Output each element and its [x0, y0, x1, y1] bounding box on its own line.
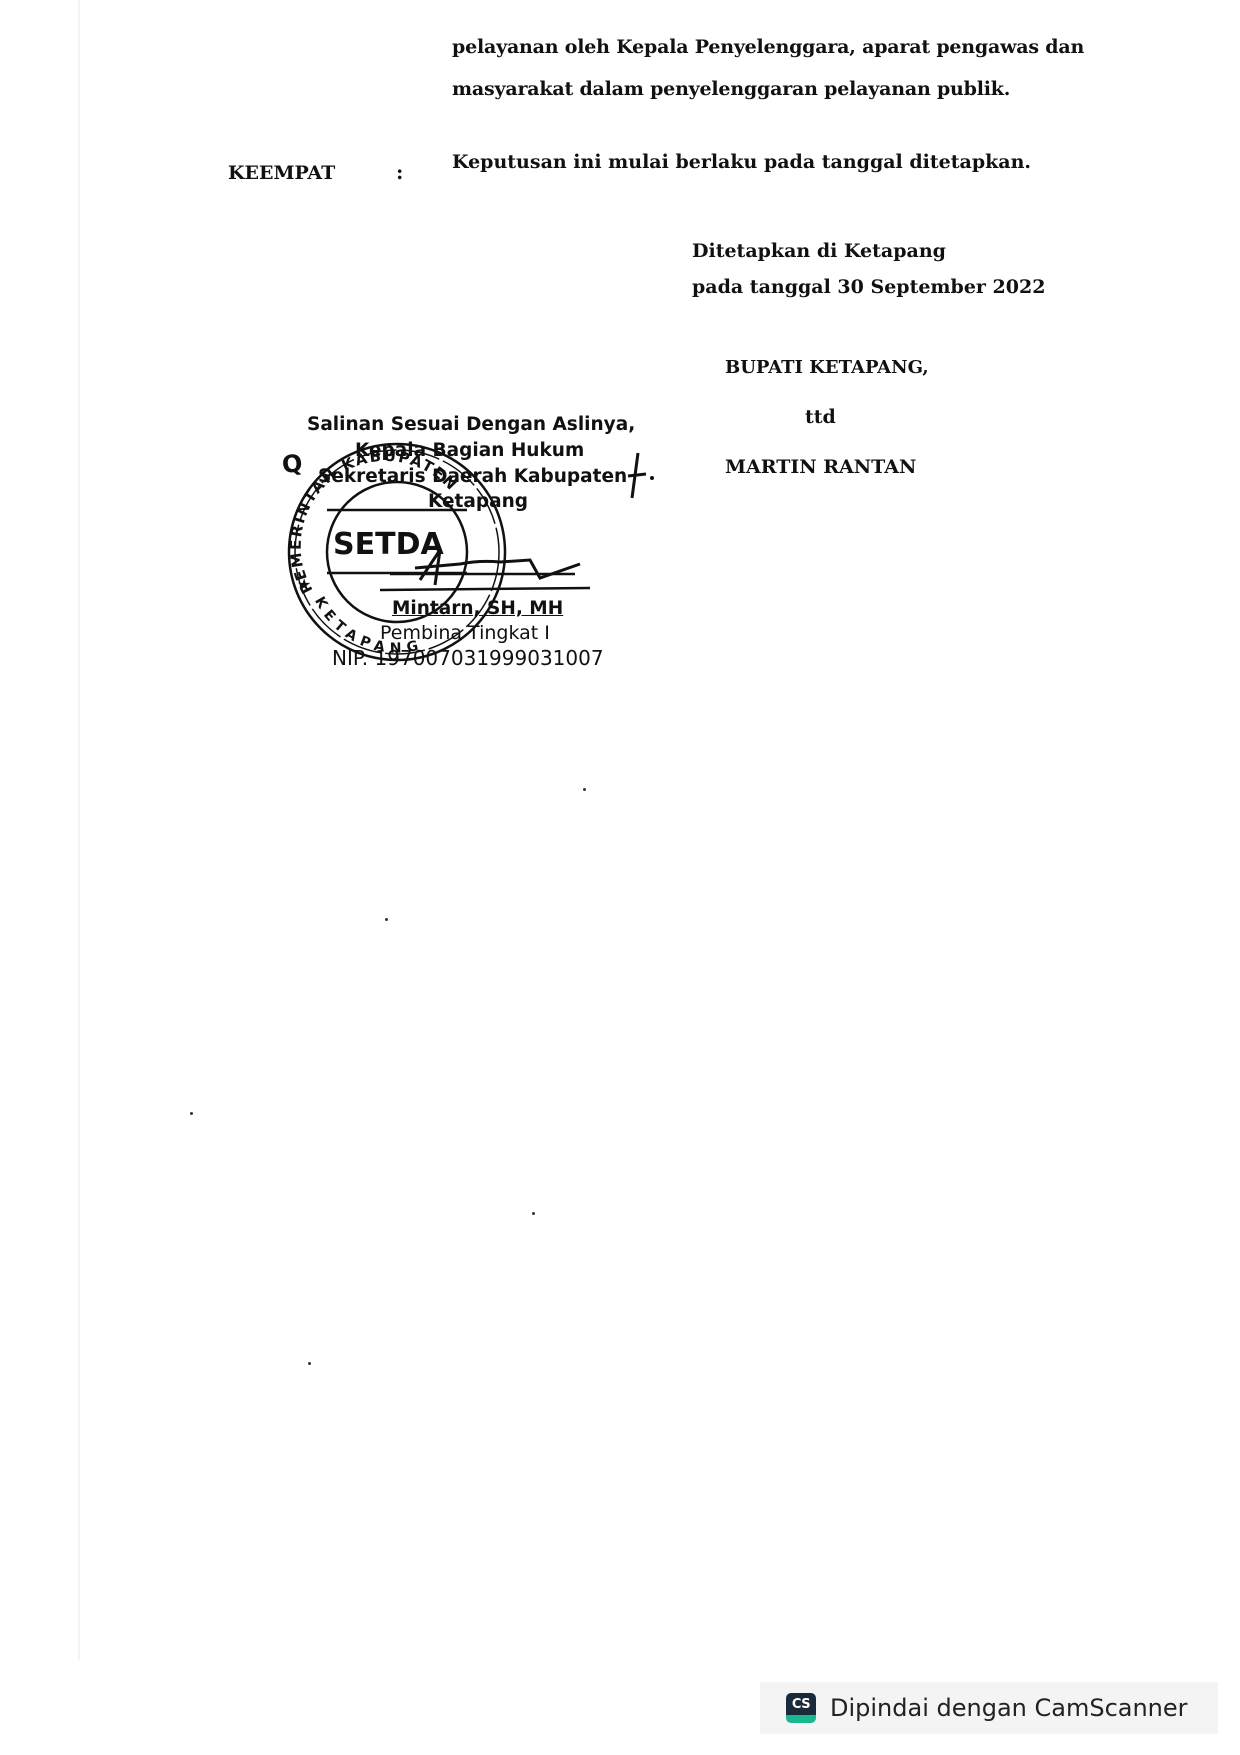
- initial-mark: Q: [280, 449, 304, 480]
- clause-text: Keputusan ini mulai berlaku pada tanggal…: [452, 151, 1031, 173]
- scan-speck: [532, 1212, 535, 1215]
- continuation-line-2: masyarakat dalam penyelenggaran pelayana…: [452, 78, 1010, 100]
- scan-speck: [385, 918, 388, 921]
- certified-copy-name: Mintarn, SH, MH: [392, 598, 563, 619]
- paraf-mark-icon: [618, 448, 658, 508]
- scan-speck: [583, 788, 586, 791]
- camscanner-watermark: CS Dipindai dengan CamScanner: [760, 1682, 1218, 1734]
- clause-separator: :: [396, 160, 403, 184]
- signatory-name: MARTIN RANTAN: [725, 456, 916, 478]
- enactment-place: Ditetapkan di Ketapang: [692, 240, 946, 262]
- svg-text:★: ★: [297, 575, 311, 594]
- certified-copy-city: Ketapang: [428, 491, 528, 512]
- continuation-line-1: pelayanan oleh Kepala Penyelenggara, apa…: [452, 36, 1084, 58]
- scan-speck: [190, 1112, 193, 1115]
- certified-copy-nip: NIP. 197007031999031007: [332, 646, 604, 670]
- scan-speck: [308, 1362, 311, 1365]
- handwritten-signature-icon: [380, 540, 600, 600]
- scanned-page: pelayanan oleh Kepala Penyelenggara, apa…: [0, 0, 1240, 1755]
- enactment-date: pada tanggal 30 September 2022: [692, 276, 1045, 298]
- clause-label: KEEMPAT: [228, 162, 335, 184]
- camscanner-icon: CS: [786, 1693, 816, 1723]
- signatory-office: BUPATI KETAPANG,: [725, 357, 929, 378]
- certified-copy-position: Kepala Bagian Hukum: [355, 440, 584, 461]
- signed-mark: ttd: [805, 406, 836, 428]
- certified-copy-title: Salinan Sesuai Dengan Aslinya,: [307, 414, 635, 435]
- certified-copy-rank: Pembina Tingkat I: [380, 622, 550, 644]
- certified-copy-organization: Sekretaris Daerah Kabupaten: [318, 466, 627, 487]
- scan-edge: [78, 0, 80, 1660]
- watermark-label: Dipindai dengan CamScanner: [830, 1694, 1188, 1722]
